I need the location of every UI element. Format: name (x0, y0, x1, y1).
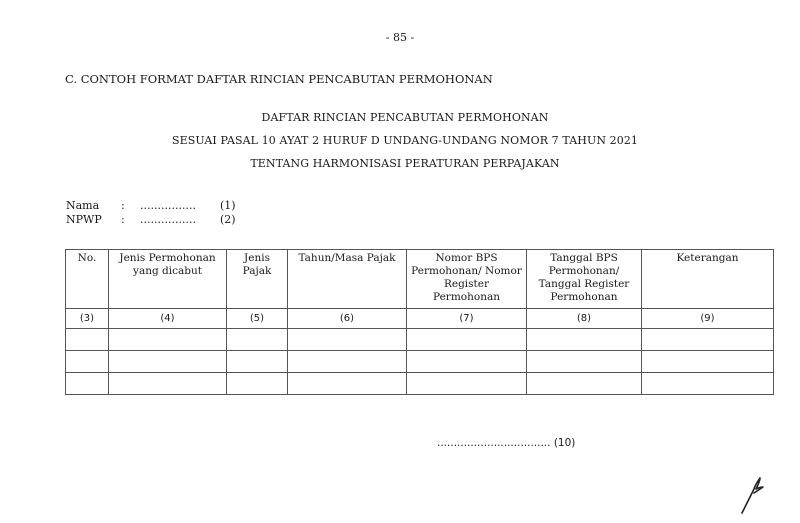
table-cell (642, 373, 774, 395)
column-number: (8) (527, 309, 642, 329)
withdrawal-list-table: No. Jenis Permohonan yang dicabut Jenis … (65, 249, 774, 395)
table-cell (109, 373, 227, 395)
table-cell (642, 351, 774, 373)
section-title: C. CONTOH FORMAT DAFTAR RINCIAN PENCABUT… (65, 72, 493, 86)
table-cell (66, 329, 109, 351)
table-cell (642, 329, 774, 351)
table-cell (527, 329, 642, 351)
column-number: (4) (109, 309, 227, 329)
column-number: (9) (642, 309, 774, 329)
column-number: (6) (288, 309, 407, 329)
column-header: Jenis Pajak (227, 250, 288, 309)
table-cell (407, 373, 527, 395)
column-header: No. (66, 250, 109, 309)
column-header: Tanggal BPS Permohonan/ Tanggal Register… (527, 250, 642, 309)
column-header: Keterangan (642, 250, 774, 309)
field-ref: (1) (220, 199, 236, 212)
signature-line: .................................. (10) (437, 437, 575, 449)
document-subtitle: SESUAI PASAL 10 AYAT 2 HURUF D UNDANG-UN… (0, 134, 800, 147)
document-subtitle-2: TENTANG HARMONISASI PERATURAN PERPAJAKAN (0, 157, 800, 170)
field-value-npwp: ................ (140, 213, 196, 226)
handwritten-initial-icon (738, 475, 768, 515)
field-ref: (2) (220, 213, 236, 226)
column-number: (7) (407, 309, 527, 329)
table-header-row: No. Jenis Permohonan yang dicabut Jenis … (66, 250, 774, 309)
field-colon: : (121, 199, 125, 212)
column-header: Tahun/Masa Pajak (288, 250, 407, 309)
field-label-nama: Nama (66, 199, 99, 212)
document-title: DAFTAR RINCIAN PENCABUTAN PERMOHONAN (0, 111, 800, 124)
table-cell (288, 329, 407, 351)
column-number: (3) (66, 309, 109, 329)
column-header: Nomor BPS Permohonan/ Nomor Register Per… (407, 250, 527, 309)
column-header: Jenis Permohonan yang dicabut (109, 250, 227, 309)
table-row (66, 351, 774, 373)
field-colon: : (121, 213, 125, 226)
table-cell (527, 351, 642, 373)
table-cell (66, 351, 109, 373)
table-cell (227, 373, 288, 395)
table-cell (227, 329, 288, 351)
table-cell (66, 373, 109, 395)
table-cell (109, 329, 227, 351)
table-cell (227, 351, 288, 373)
table-cell (288, 373, 407, 395)
column-number-row: (3) (4) (5) (6) (7) (8) (9) (66, 309, 774, 329)
table-cell (407, 329, 527, 351)
column-number: (5) (227, 309, 288, 329)
table-row (66, 373, 774, 395)
page-number: - 85 - (0, 31, 800, 44)
table-cell (288, 351, 407, 373)
field-label-npwp: NPWP (66, 213, 102, 226)
table-row (66, 329, 774, 351)
table-cell (109, 351, 227, 373)
table-cell (527, 373, 642, 395)
table-cell (407, 351, 527, 373)
field-value-nama: ................ (140, 199, 196, 212)
